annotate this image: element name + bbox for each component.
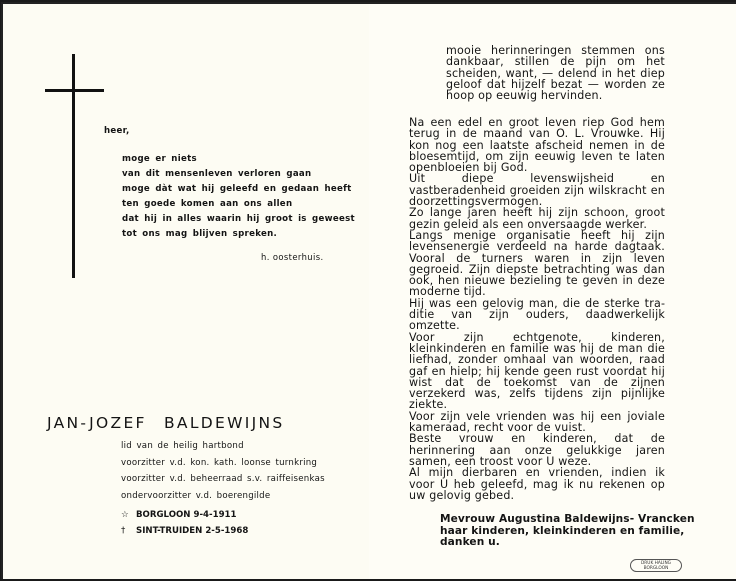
poem-line: tot ons mag blijven spreken. [122, 227, 355, 242]
cross-vertical-bar [72, 54, 75, 278]
role-item: voorzitter v.d. beheerraad s.v. raiffeis… [121, 471, 325, 488]
role-item: ondervoorzitter v.d. boerengilde [121, 488, 325, 505]
last-name: BALDEWIJNS [164, 414, 285, 432]
printer-mark: DRUK HALING BORGLOON [630, 559, 682, 572]
intro-paragraph: mooie herinneringen stemmen ons dank­baa… [446, 45, 665, 101]
roles-list: lid van de heilig hartbond voorzitter v.… [121, 438, 325, 504]
thanks-line: danken u. [440, 537, 695, 549]
first-name: JAN-JOZEF [47, 414, 147, 432]
right-panel: mooie herinneringen stemmen ons dank­baa… [369, 4, 736, 579]
poem-line: ten goede komen aan ons allen [122, 197, 355, 212]
paragraph: Zo lange jaren heeft hij zijn schoon, gr… [409, 207, 665, 230]
poem-line: dat hij in alles waarin hij groot is gew… [122, 212, 355, 227]
paragraph: Langs menige organisatie heeft hij zijn … [409, 230, 665, 298]
star-icon: ☆ [121, 507, 136, 523]
paragraph: Na een edel en groot leven riep God hem … [409, 117, 665, 173]
paragraph: Uit diepe levenswijsheid en vastberadenh… [409, 173, 665, 207]
paragraph: Al mijn dierbaren en vrienden, indien ik… [409, 467, 665, 501]
poem: moge er niets van dit mensenleven verlor… [122, 152, 355, 242]
paragraph: Voor zijn echtgenote, kinderen, kleinkin… [409, 332, 665, 411]
life-dates: ☆BORGLOON 9-4-1911 †SINT-TRUIDEN 2-5-196… [121, 507, 248, 539]
poem-line: moge dàt wat hij geleefd en gedaan heeft [122, 182, 355, 197]
poem-line: van dit mensenleven verloren gaan [122, 167, 355, 182]
paragraph: Voor zijn vele vrienden was hij een jovi… [409, 411, 665, 434]
birth-text: BORGLOON 9-4-1911 [136, 510, 237, 520]
paragraph: Beste vrouw en kinderen, dat de herinner… [409, 433, 665, 467]
paragraph: mooie herinneringen stemmen ons dank­baa… [446, 45, 665, 101]
poem-line: moge er niets [122, 152, 355, 167]
dagger-cross-icon: † [121, 523, 136, 539]
poem-intro: heer, [104, 126, 130, 136]
birth-date: ☆BORGLOON 9-4-1911 [121, 507, 248, 523]
printer-city: BORGLOON [631, 566, 681, 571]
death-date: †SINT-TRUIDEN 2-5-1968 [121, 523, 248, 539]
thanks-line: Mevrouw Augustina Baldewijns- Vrancken [440, 514, 695, 526]
death-text: SINT-TRUIDEN 2-5-1968 [136, 526, 248, 536]
paragraph: Hij was een gelovig man, die de sterke t… [409, 298, 665, 332]
role-item: voorzitter v.d. kon. kath. loonse turnkr… [121, 455, 325, 472]
poem-author: h. oosterhuis. [261, 252, 324, 262]
cross-horizontal-bar [45, 89, 104, 92]
role-item: lid van de heilig hartbond [121, 438, 325, 455]
memorial-card: heer, moge er niets van dit mensenleven … [1, 2, 736, 579]
left-panel: heer, moge er niets van dit mensenleven … [3, 4, 369, 579]
thanks-block: Mevrouw Augustina Baldewijns- Vrancken h… [440, 514, 695, 549]
deceased-name: JAN-JOZEF BALDEWIJNS [47, 414, 285, 432]
memorial-text: Na een edel en groot leven riep God hem … [409, 117, 665, 501]
